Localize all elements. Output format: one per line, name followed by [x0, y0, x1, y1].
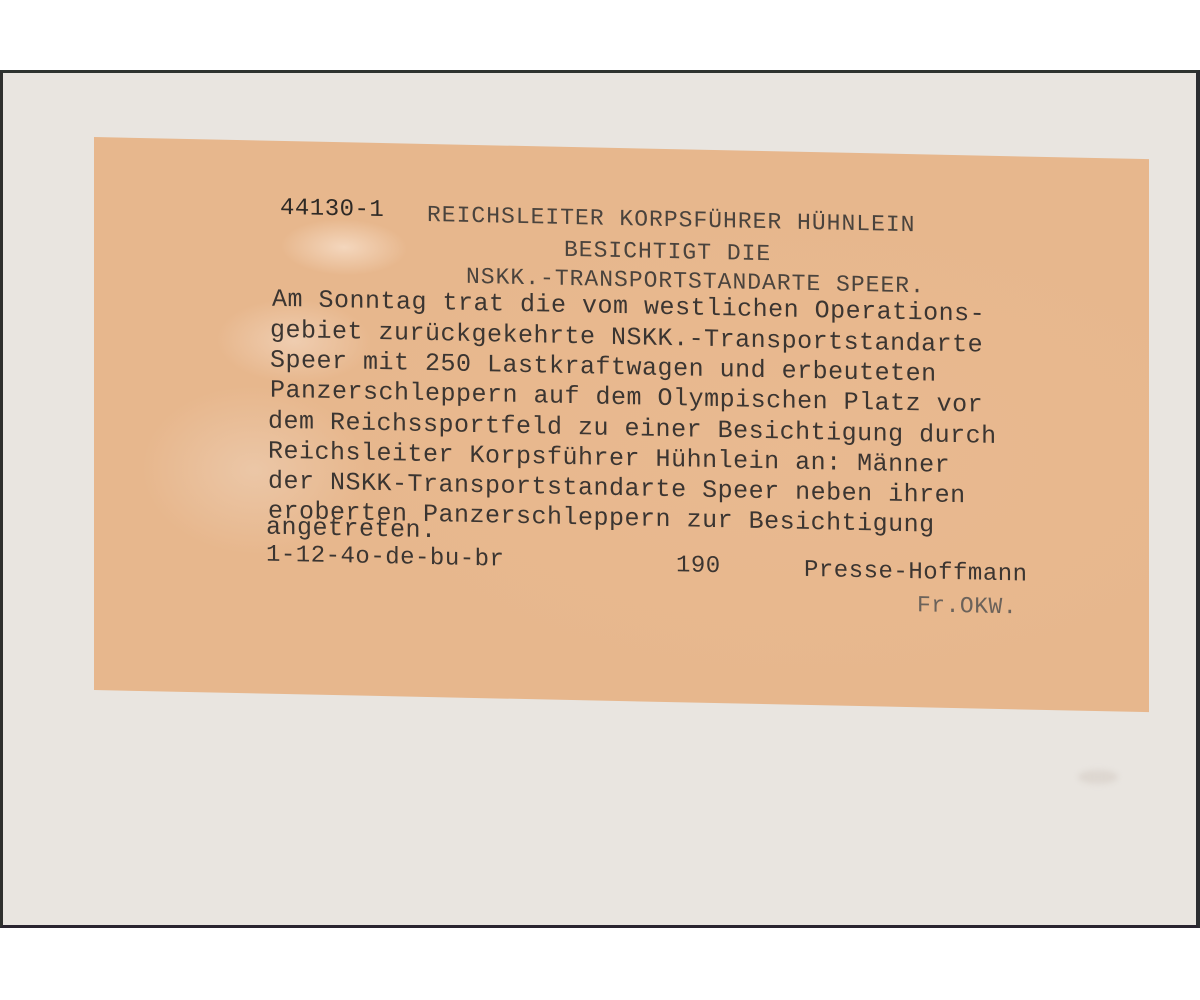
- paper-stain: [1078, 770, 1118, 784]
- agency-name: Presse-Hoffmann: [804, 559, 1028, 588]
- headline-line-1: REICHSLEITER KORPSFÜHRER HÜHNLEIN: [427, 204, 915, 237]
- photo-number: 190: [676, 554, 721, 579]
- date-code: 1-12-4o-de-bu-br: [266, 544, 504, 573]
- headline-line-2: BESICHTIGT DIE: [564, 239, 771, 266]
- body-line-9: angetreten.: [266, 515, 437, 544]
- reference-number: 44130-1: [280, 197, 384, 223]
- approval-mark: Fr.OKW.: [917, 594, 1017, 619]
- caption-label: 44130-1 REICHSLEITER KORPSFÜHRER HÜHNLEI…: [94, 137, 1149, 712]
